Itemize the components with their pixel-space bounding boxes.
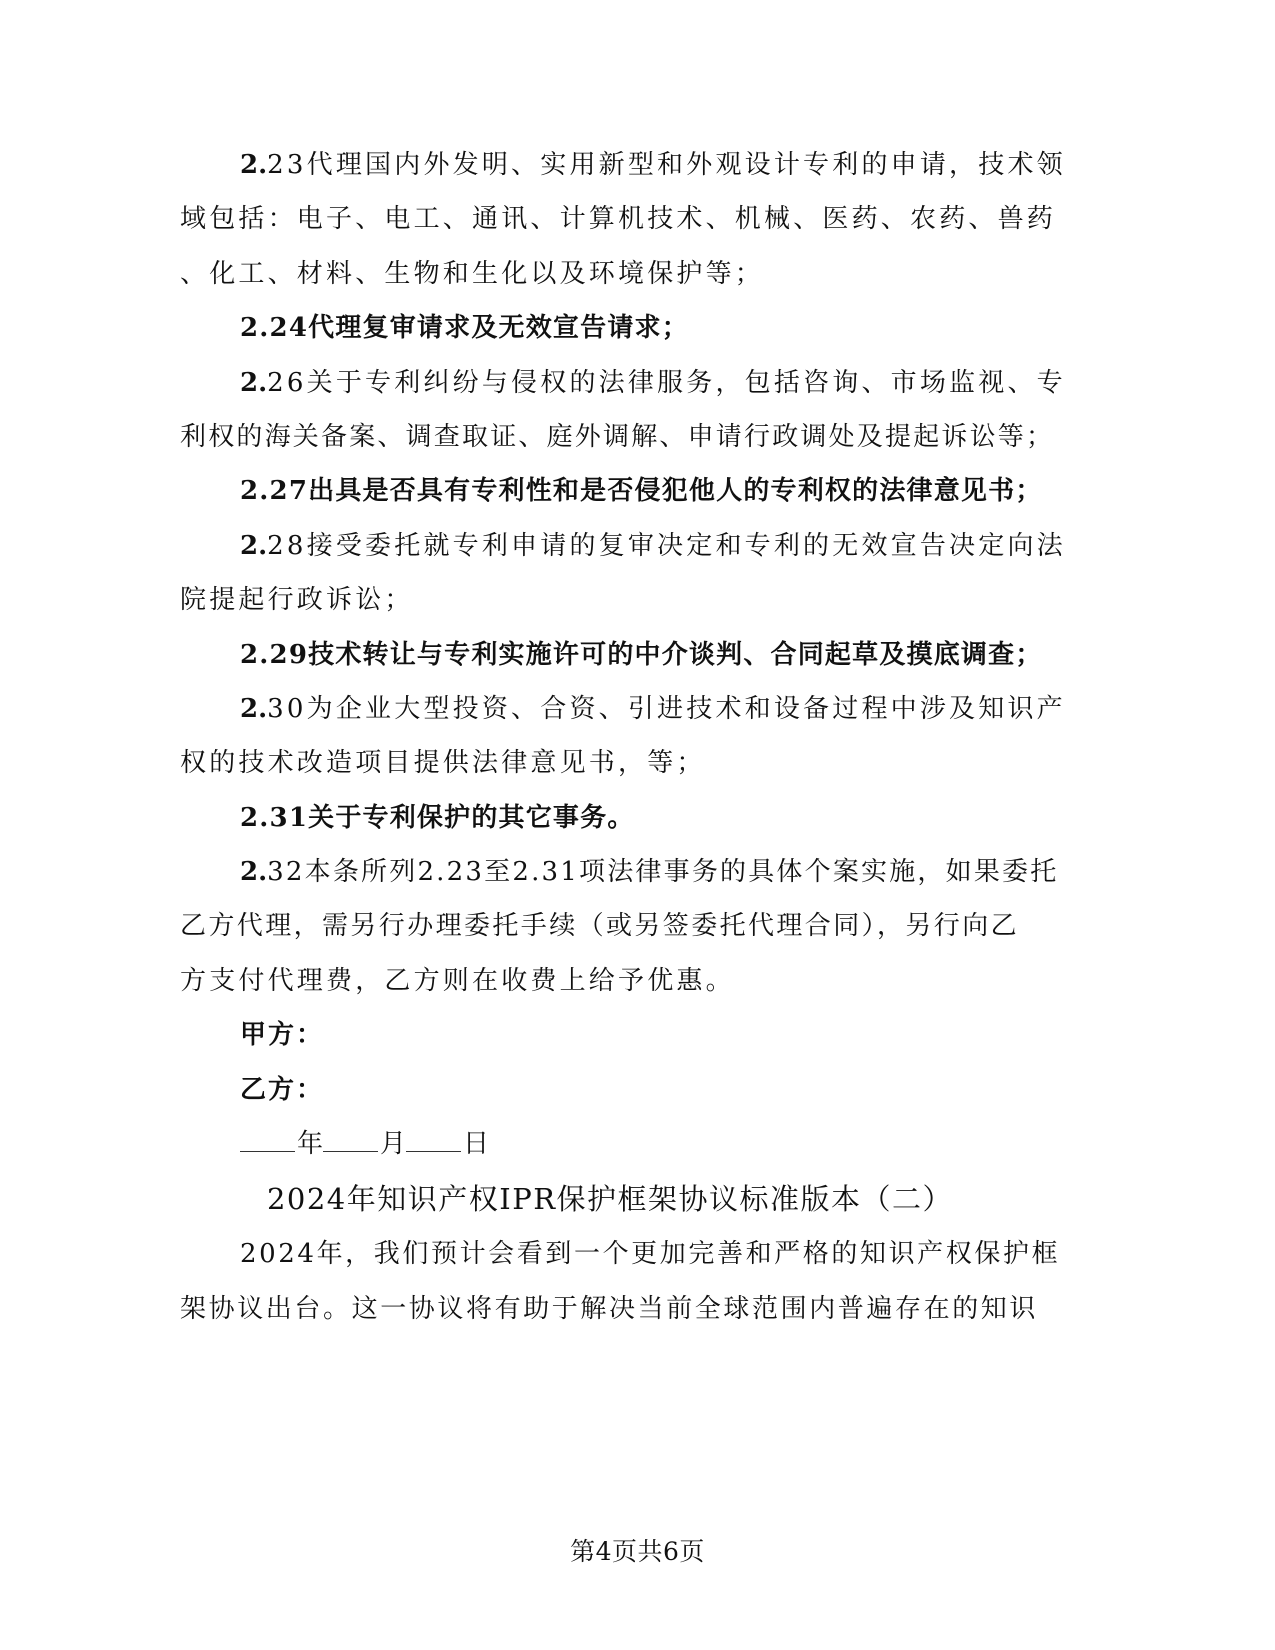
clause-number-prefix: 2. — [240, 150, 267, 180]
clause-2-32-line-3: 方支付代理费，乙方则在收费上给予优惠。 — [180, 954, 1020, 1008]
clause-2-30-line-2: 权的技术改造项目提供法律意见书，等； — [180, 736, 1020, 790]
clause-2-29: 2.29技术转让与专利实施许可的中介谈判、合同起草及摸底调查； — [180, 628, 1020, 682]
clause-2-24: 2.24代理复审请求及无效宣告请求； — [180, 301, 1020, 355]
section-title: 2024年知识产权IPR保护框架协议标准版本（二） — [200, 1171, 1020, 1227]
month-blank — [323, 1129, 378, 1152]
year-blank — [240, 1129, 295, 1152]
clause-2-26-line-1: 2.26关于专利纠纷与侵权的法律服务，包括咨询、市场监视、专 — [180, 356, 1020, 410]
document-page: 2.23代理国内外发明、实用新型和外观设计专利的申请，技术领 域包括：电子、电工… — [0, 0, 1275, 1650]
clause-text: 30为企业大型投资、合资、引进技术和设备过程中涉及知识产 — [267, 694, 1066, 724]
clause-number-prefix: 2. — [240, 694, 267, 724]
party-a-signature-label: 甲方： — [180, 1008, 1020, 1062]
clause-text: 23代理国内外发明、实用新型和外观设计专利的申请，技术领 — [267, 150, 1066, 180]
section2-paragraph-line-1: 2024年，我们预计会看到一个更加完善和严格的知识产权保护框 — [180, 1227, 1020, 1281]
year-label: 年 — [297, 1129, 323, 1159]
document-body: 2.23代理国内外发明、实用新型和外观设计专利的申请，技术领 域包括：电子、电工… — [180, 138, 1020, 1336]
clause-number-prefix: 2. — [240, 857, 267, 887]
clause-2-32-line-1: 2.32本条所列2.23至2.31项法律事务的具体个案实施，如果委托 — [180, 845, 1020, 899]
month-label: 月 — [380, 1129, 406, 1159]
clause-number-prefix: 2. — [240, 531, 267, 561]
party-b-signature-label: 乙方： — [180, 1063, 1020, 1117]
clause-2-23-line-3: 、化工、材料、生物和生化以及环境保护等； — [180, 247, 1020, 301]
clause-2-26-line-2: 利权的海关备案、调查取证、庭外调解、申请行政调处及提起诉讼等； — [180, 410, 1020, 464]
clause-2-27: 2.27出具是否具有专利性和是否侵犯他人的专利权的法律意见书； — [180, 464, 1020, 518]
day-blank — [406, 1129, 461, 1152]
clause-number-prefix: 2. — [240, 368, 267, 398]
clause-2-30-line-1: 2.30为企业大型投资、合资、引进技术和设备过程中涉及知识产 — [180, 682, 1020, 736]
day-label: 日 — [463, 1129, 489, 1159]
clause-2-23-line-1: 2.23代理国内外发明、实用新型和外观设计专利的申请，技术领 — [180, 138, 1020, 192]
clause-2-31: 2.31关于专利保护的其它事务。 — [180, 791, 1020, 845]
clause-text: 26关于专利纠纷与侵权的法律服务，包括咨询、市场监视、专 — [267, 368, 1066, 398]
clause-2-23-line-2: 域包括：电子、电工、通讯、计算机技术、机械、医药、农药、兽药 — [180, 192, 1020, 246]
clause-2-28-line-1: 2.28接受委托就专利申请的复审决定和专利的无效宣告决定向法 — [180, 519, 1020, 573]
clause-text: 28接受委托就专利申请的复审决定和专利的无效宣告决定向法 — [267, 531, 1066, 561]
clause-text: 32本条所列2.23至2.31项法律事务的具体个案实施，如果委托 — [267, 857, 1058, 887]
section2-paragraph-line-2: 架协议出台。这一协议将有助于解决当前全球范围内普遍存在的知识 — [180, 1282, 1020, 1336]
clause-2-28-line-2: 院提起行政诉讼； — [180, 573, 1020, 627]
signature-date-line: 年月日 — [180, 1117, 1020, 1171]
clause-2-32-line-2: 乙方代理，需另行办理委托手续（或另签委托代理合同），另行向乙 — [180, 899, 1020, 953]
page-number-footer: 第4页共6页 — [0, 1532, 1275, 1568]
